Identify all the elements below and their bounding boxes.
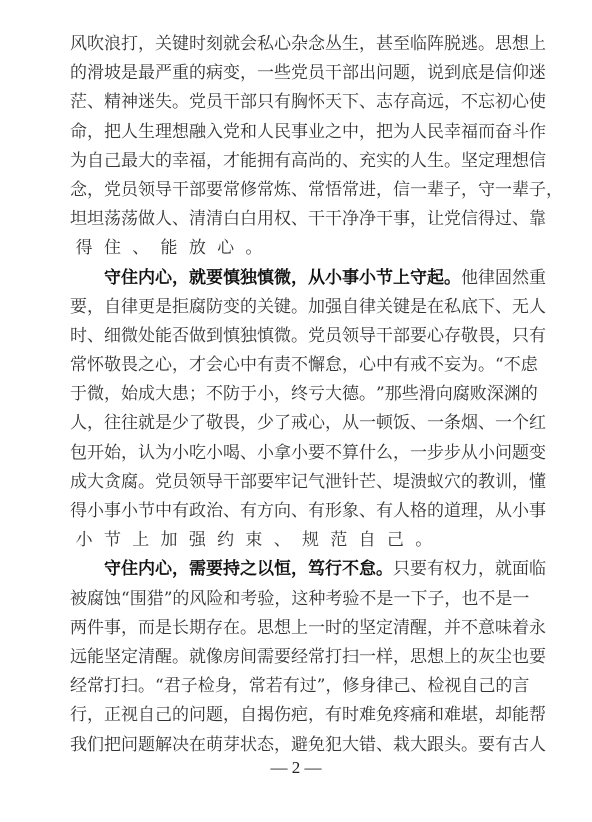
- text-char: 。: [291, 293, 308, 322]
- text-char: 做: [189, 322, 206, 351]
- text-char: 。: [172, 88, 189, 117]
- text-char: 得: [70, 497, 87, 526]
- text-char: 。: [410, 526, 438, 555]
- text-char: 之: [325, 118, 342, 147]
- text-char: 清: [189, 205, 206, 234]
- text-char: 政: [189, 497, 206, 526]
- text-char: 事: [393, 205, 410, 234]
- text-char: 些: [402, 380, 419, 409]
- text-char: 牢: [274, 468, 291, 497]
- text-char: 、: [495, 293, 512, 322]
- bold-heading-char: 小: [325, 264, 342, 293]
- text-char: 解: [155, 731, 172, 760]
- text-char: ，: [359, 30, 376, 59]
- text-char: 人: [70, 409, 87, 438]
- text-char: 。: [461, 731, 478, 760]
- text-char: 自: [240, 701, 257, 730]
- text-char: 得: [70, 234, 98, 263]
- text-char: [70, 555, 87, 584]
- text-char: 有: [376, 497, 393, 526]
- text-char: 不: [427, 351, 444, 380]
- text-char: 、: [410, 672, 427, 701]
- text-char: 的: [155, 147, 172, 176]
- text-char: 一: [495, 409, 512, 438]
- text-char: 拥: [257, 147, 274, 176]
- bold-heading-char: 心: [155, 555, 172, 584]
- text-line: 要，自律更是拒腐防变的关键。加强自律关键是在私底下、无人: [70, 293, 526, 322]
- text-char: 痛: [410, 701, 427, 730]
- text-char: 节: [98, 526, 126, 555]
- text-char: 处: [138, 322, 155, 351]
- text-char: 逃: [461, 30, 478, 59]
- text-char: 样: [376, 643, 393, 672]
- text-char: 的: [172, 701, 189, 730]
- text-char: 人: [529, 731, 546, 760]
- text-char: 、: [376, 731, 393, 760]
- text-line: 被腐蚀“围猎”的风险和考验，这种考验不是一下子，也不是一: [70, 585, 526, 614]
- text-char: 用: [257, 205, 274, 234]
- text-char: 思: [257, 614, 274, 643]
- text-char: ，: [325, 409, 342, 438]
- text-char: 味: [495, 614, 512, 643]
- text-char: 关: [376, 293, 393, 322]
- text-char: 病: [206, 59, 223, 88]
- text-char: 至: [393, 30, 410, 59]
- text-char: 治: [206, 497, 223, 526]
- text-char: 辈: [512, 176, 529, 205]
- text-char: 民: [427, 118, 444, 147]
- text-char: 为: [70, 147, 87, 176]
- text-char: 把: [104, 731, 121, 760]
- text-char: 己: [393, 672, 410, 701]
- text-char: 不: [504, 351, 521, 380]
- text-char: 人: [410, 147, 427, 176]
- text-char: 和: [223, 585, 240, 614]
- text-char: 一: [359, 643, 376, 672]
- text-char: 远: [70, 643, 87, 672]
- text-char: 敬: [104, 351, 121, 380]
- text-char: 固: [495, 264, 512, 293]
- bold-heading-char: 怠: [359, 555, 376, 584]
- text-char: 净: [342, 205, 359, 234]
- text-char: 实: [376, 147, 393, 176]
- text-char: 子: [444, 176, 461, 205]
- text-char: 决: [172, 731, 189, 760]
- text-char: ，: [274, 731, 291, 760]
- text-char: 。: [240, 614, 257, 643]
- text-char: 形: [325, 497, 342, 526]
- text-line: 得小事小节中有政治、有方向、有形象、有人格的道理，从小事: [70, 497, 526, 526]
- text-char: 德: [342, 380, 359, 409]
- text-char: 向: [436, 380, 453, 409]
- text-char: 检: [427, 672, 444, 701]
- text-char: 能: [240, 147, 257, 176]
- text-char: 入: [206, 118, 223, 147]
- bold-heading-char: 心: [155, 264, 172, 293]
- text-char: 有: [274, 88, 291, 117]
- text-char: 住: [98, 234, 126, 263]
- text-char: 福: [189, 147, 206, 176]
- text-char: 从: [342, 409, 359, 438]
- text-char: 迷: [138, 88, 155, 117]
- text-char: 之: [138, 351, 155, 380]
- text-char: 么: [376, 439, 393, 468]
- text-char: 员: [172, 468, 189, 497]
- text-char: 否: [172, 322, 189, 351]
- text-char: 防: [223, 380, 240, 409]
- text-char: 重: [172, 59, 189, 88]
- text-char: 心: [512, 88, 529, 117]
- text-char: 顿: [376, 409, 393, 438]
- text-char: 防: [206, 293, 223, 322]
- text-line: 成大贪腐。党员领导干部要牢记气泄针芒、堤溃蚁穴的教训，懂: [70, 468, 526, 497]
- text-char: 神: [121, 88, 138, 117]
- text-line: 坦坦荡荡做人、清清白白用权、干干净净干事，让党信得过、靠: [70, 205, 526, 234]
- text-char: 清: [138, 643, 155, 672]
- text-char: 是: [495, 585, 512, 614]
- text-char: 坚: [359, 614, 376, 643]
- text-char: 堪: [461, 701, 478, 730]
- text-char: 格: [410, 497, 427, 526]
- text-char: 成: [70, 468, 87, 497]
- text-char: 想: [512, 30, 529, 59]
- text-char: 变: [223, 293, 240, 322]
- text-char: 围: [130, 585, 147, 614]
- text-char: 、: [291, 205, 308, 234]
- text-char: 一: [410, 439, 427, 468]
- text-char: 小: [206, 439, 223, 468]
- text-char: 、: [291, 176, 308, 205]
- text-char: 大: [138, 147, 155, 176]
- text-char: 就: [495, 555, 512, 584]
- text-char: 饭: [393, 409, 410, 438]
- text-char: 错: [359, 731, 376, 760]
- text-char: ，: [223, 701, 240, 730]
- text-char: 一: [359, 409, 376, 438]
- text-char: 浪: [104, 30, 121, 59]
- text-char: 在: [427, 293, 444, 322]
- text-char: ，: [444, 585, 461, 614]
- text-char: 人: [257, 118, 274, 147]
- text-char: 想: [512, 147, 529, 176]
- text-char: 节: [138, 497, 155, 526]
- text-char: 精: [104, 88, 121, 117]
- text-char: 怠: [325, 351, 342, 380]
- text-char: 、: [359, 497, 376, 526]
- text-char: 的: [521, 380, 538, 409]
- text-char: 畏: [223, 409, 240, 438]
- text-char: 是: [376, 585, 393, 614]
- text-char: 悟: [325, 176, 342, 205]
- text-char: 间: [240, 643, 257, 672]
- text-char: 若: [266, 672, 283, 701]
- text-char: 微: [121, 322, 138, 351]
- text-char: 修: [240, 176, 257, 205]
- text-line: 为自己最大的幸福，才能拥有高尚的、充实的人生。坚定理想信: [70, 147, 526, 176]
- text-line: 人，往往就是少了敬畏，少了戒心，从一顿饭、一条烟、一个红: [70, 409, 526, 438]
- text-char: ”: [317, 672, 326, 701]
- text-char: 坦: [87, 205, 104, 234]
- text-char: 清: [206, 205, 223, 234]
- bold-heading-char: 需: [189, 555, 206, 584]
- text-char: 。: [240, 234, 268, 263]
- text-char: 自: [87, 147, 104, 176]
- text-char: ，: [87, 293, 104, 322]
- text-char: ，: [393, 643, 410, 672]
- text-char: 坚: [104, 643, 121, 672]
- text-char: 党: [155, 468, 172, 497]
- text-char: 的: [393, 147, 410, 176]
- text-char: 滑: [87, 59, 104, 88]
- text-char: 底: [461, 59, 478, 88]
- text-char: 始: [104, 439, 121, 468]
- text-char: 伤: [274, 701, 291, 730]
- text-char: 从: [461, 439, 478, 468]
- text-char: 。: [478, 30, 495, 59]
- text-char: 干: [325, 59, 342, 88]
- text-char: 、: [223, 497, 240, 526]
- text-char: ，: [478, 555, 495, 584]
- text-char: 干: [308, 205, 325, 234]
- text-char: 会: [206, 351, 223, 380]
- text-char: 面: [512, 555, 529, 584]
- text-char: 难: [444, 701, 461, 730]
- text-char: 贪: [104, 468, 121, 497]
- text-char: 。: [172, 643, 189, 672]
- text-char: 员: [308, 59, 325, 88]
- text-char: 身: [215, 672, 232, 701]
- text-char: 失: [155, 88, 172, 117]
- text-line: 小节上加强约束、规范自己。: [70, 526, 526, 555]
- text-char: 君: [164, 672, 181, 701]
- text-char: 古: [512, 731, 529, 760]
- text-char: ，: [376, 176, 393, 205]
- text-char: 风: [70, 30, 87, 59]
- text-char: 忘: [478, 88, 495, 117]
- text-char: 的: [342, 614, 359, 643]
- text-char: 题: [393, 59, 410, 88]
- text-char: 要: [206, 176, 223, 205]
- text-char: 时: [325, 614, 342, 643]
- bold-heading-char: 微: [274, 264, 291, 293]
- text-char: 不: [291, 351, 308, 380]
- text-char: 自: [461, 672, 478, 701]
- text-char: 怀: [308, 88, 325, 117]
- text-char: 业: [308, 118, 325, 147]
- bold-heading-char: 独: [240, 264, 257, 293]
- text-char: 腐: [121, 468, 138, 497]
- text-char: 亏: [308, 380, 325, 409]
- bold-heading-char: 。: [444, 264, 461, 293]
- bold-heading-char: 从: [308, 264, 325, 293]
- text-char: 吃: [189, 439, 206, 468]
- bold-heading-char: 守: [104, 555, 121, 584]
- bold-heading-char: 慎: [223, 264, 240, 293]
- text-char: 常: [70, 351, 87, 380]
- text-char: 炼: [274, 176, 291, 205]
- text-char: 想: [274, 614, 291, 643]
- text-char: 一: [427, 409, 444, 438]
- text-char: ，: [240, 59, 257, 88]
- text-char: 命: [70, 118, 87, 147]
- text-char: 说: [427, 59, 444, 88]
- text-char: 键: [172, 30, 189, 59]
- text-char: ，: [121, 439, 138, 468]
- text-char: 开: [87, 439, 104, 468]
- text-char: 心: [155, 351, 172, 380]
- text-char: 时: [70, 322, 87, 351]
- text-char: 一: [410, 176, 427, 205]
- text-char: 强: [325, 293, 342, 322]
- text-char: 渊: [504, 380, 521, 409]
- text-char: 一: [393, 585, 410, 614]
- text-char: 一: [308, 614, 325, 643]
- text-char: 党: [444, 205, 461, 234]
- text-char: 芒: [359, 468, 376, 497]
- bold-heading-char: 节: [376, 264, 393, 293]
- text-char: 私: [257, 30, 274, 59]
- text-char: 辈: [427, 176, 444, 205]
- text-char: 关: [257, 293, 274, 322]
- text-char: 下: [478, 293, 495, 322]
- text-char: 只: [257, 88, 274, 117]
- text-char: 扫: [121, 672, 138, 701]
- text-char: 部: [342, 59, 359, 88]
- text-char: 小: [257, 380, 274, 409]
- text-char: 高: [291, 147, 308, 176]
- text-char: 理: [461, 497, 478, 526]
- text-char: 深: [487, 380, 504, 409]
- text-char: 变: [529, 439, 546, 468]
- text-char: 独: [240, 322, 257, 351]
- text-char: ，: [410, 59, 427, 88]
- text-char: 要: [410, 555, 427, 584]
- text-char: 中: [240, 351, 257, 380]
- text-char: 、: [87, 88, 104, 117]
- text-char: 脱: [444, 30, 461, 59]
- text-char: 远: [427, 88, 444, 117]
- text-char: 烟: [461, 409, 478, 438]
- text-char: 存: [444, 322, 461, 351]
- text-char: 键: [274, 293, 291, 322]
- text-char: 畏: [121, 351, 138, 380]
- text-char: 靠: [529, 205, 546, 234]
- text-char: 要: [410, 322, 427, 351]
- text-char: 初: [495, 88, 512, 117]
- text-char: 不: [359, 585, 376, 614]
- text-char: 、: [342, 147, 359, 176]
- text-char: 什: [359, 439, 376, 468]
- text-line: 命，把人生理想融入党和人民事业之中，把为人民幸福而奋斗作: [70, 118, 526, 147]
- text-char: 到: [206, 322, 223, 351]
- text-char: 两: [70, 614, 87, 643]
- text-char: 、: [291, 497, 308, 526]
- text-char: 和: [427, 701, 444, 730]
- text-line: 守住内心，就要慎独慎微，从小事小节上守起。他律固然重: [70, 264, 526, 293]
- text-char: 于: [70, 380, 87, 409]
- text-char: 于: [240, 380, 257, 409]
- text-char: 、: [410, 409, 427, 438]
- text-line: 的滑坡是最严重的病变，一些党员干部出问题，说到底是信仰迷: [70, 59, 526, 88]
- text-char: 人: [529, 293, 546, 322]
- text-char: 的: [325, 147, 342, 176]
- text-char: 房: [223, 643, 240, 672]
- text-char: 的: [172, 585, 189, 614]
- text-char: 理: [155, 118, 172, 147]
- text-char: 疼: [393, 701, 410, 730]
- text-char: 常: [308, 176, 325, 205]
- text-char: 干: [376, 205, 393, 234]
- text-char: 了: [274, 409, 291, 438]
- bold-heading-char: 持: [223, 555, 240, 584]
- text-char: 奋: [495, 118, 512, 147]
- bold-heading-char: 小: [359, 264, 376, 293]
- text-char: 要: [70, 293, 87, 322]
- text-char: 大: [87, 468, 104, 497]
- text-char: 律: [376, 672, 393, 701]
- text-char: 大: [342, 731, 359, 760]
- text-char: 重: [529, 264, 546, 293]
- text-char: 方: [257, 497, 274, 526]
- text-char: 不: [461, 614, 478, 643]
- text-char: 有: [495, 731, 512, 760]
- text-char: 长: [172, 614, 189, 643]
- text-char: 不: [478, 585, 495, 614]
- text-char: 想: [427, 643, 444, 672]
- text-char: ；: [189, 380, 206, 409]
- text-char: 白: [240, 205, 257, 234]
- text-char: [70, 264, 87, 293]
- text-char: ，: [206, 147, 223, 176]
- bold-heading-char: 不: [342, 555, 359, 584]
- text-line: 我们把问题解决在萌芽状态，避免犯大错、栽大跟头。要有古人: [70, 731, 526, 760]
- text-char: 猎: [147, 585, 164, 614]
- text-char: 到: [444, 59, 461, 88]
- text-char: 让: [427, 205, 444, 234]
- text-char: ，: [427, 614, 444, 643]
- bold-heading-char: 内: [138, 264, 155, 293]
- text-char: 醒: [410, 614, 427, 643]
- text-char: 懂: [529, 468, 546, 497]
- text-char: 少: [172, 409, 189, 438]
- text-char: 小: [512, 497, 529, 526]
- text-char: 的: [70, 59, 87, 88]
- text-char: 、: [268, 526, 296, 555]
- text-char: 就: [189, 643, 206, 672]
- text-char: 慎: [223, 322, 240, 351]
- text-char: 心: [359, 351, 376, 380]
- text-char: 常: [257, 176, 274, 205]
- text-char: 把: [376, 118, 393, 147]
- bold-heading-char: 守: [104, 264, 121, 293]
- text-char: 了: [189, 409, 206, 438]
- text-char: 幸: [172, 147, 189, 176]
- text-char: 。: [291, 322, 308, 351]
- text-char: 、: [376, 468, 393, 497]
- text-char: 束: [240, 526, 268, 555]
- text-char: 天: [325, 88, 342, 117]
- bold-heading-char: 。: [376, 555, 393, 584]
- text-char: 需: [257, 643, 274, 672]
- text-char: 丛: [325, 30, 342, 59]
- text-char: 滑: [419, 380, 436, 409]
- text-char: 存: [393, 88, 410, 117]
- text-char: 问: [189, 701, 206, 730]
- text-char: “: [121, 585, 130, 614]
- text-char: 只: [512, 322, 529, 351]
- text-char: 揭: [257, 701, 274, 730]
- text-char: 思: [410, 643, 427, 672]
